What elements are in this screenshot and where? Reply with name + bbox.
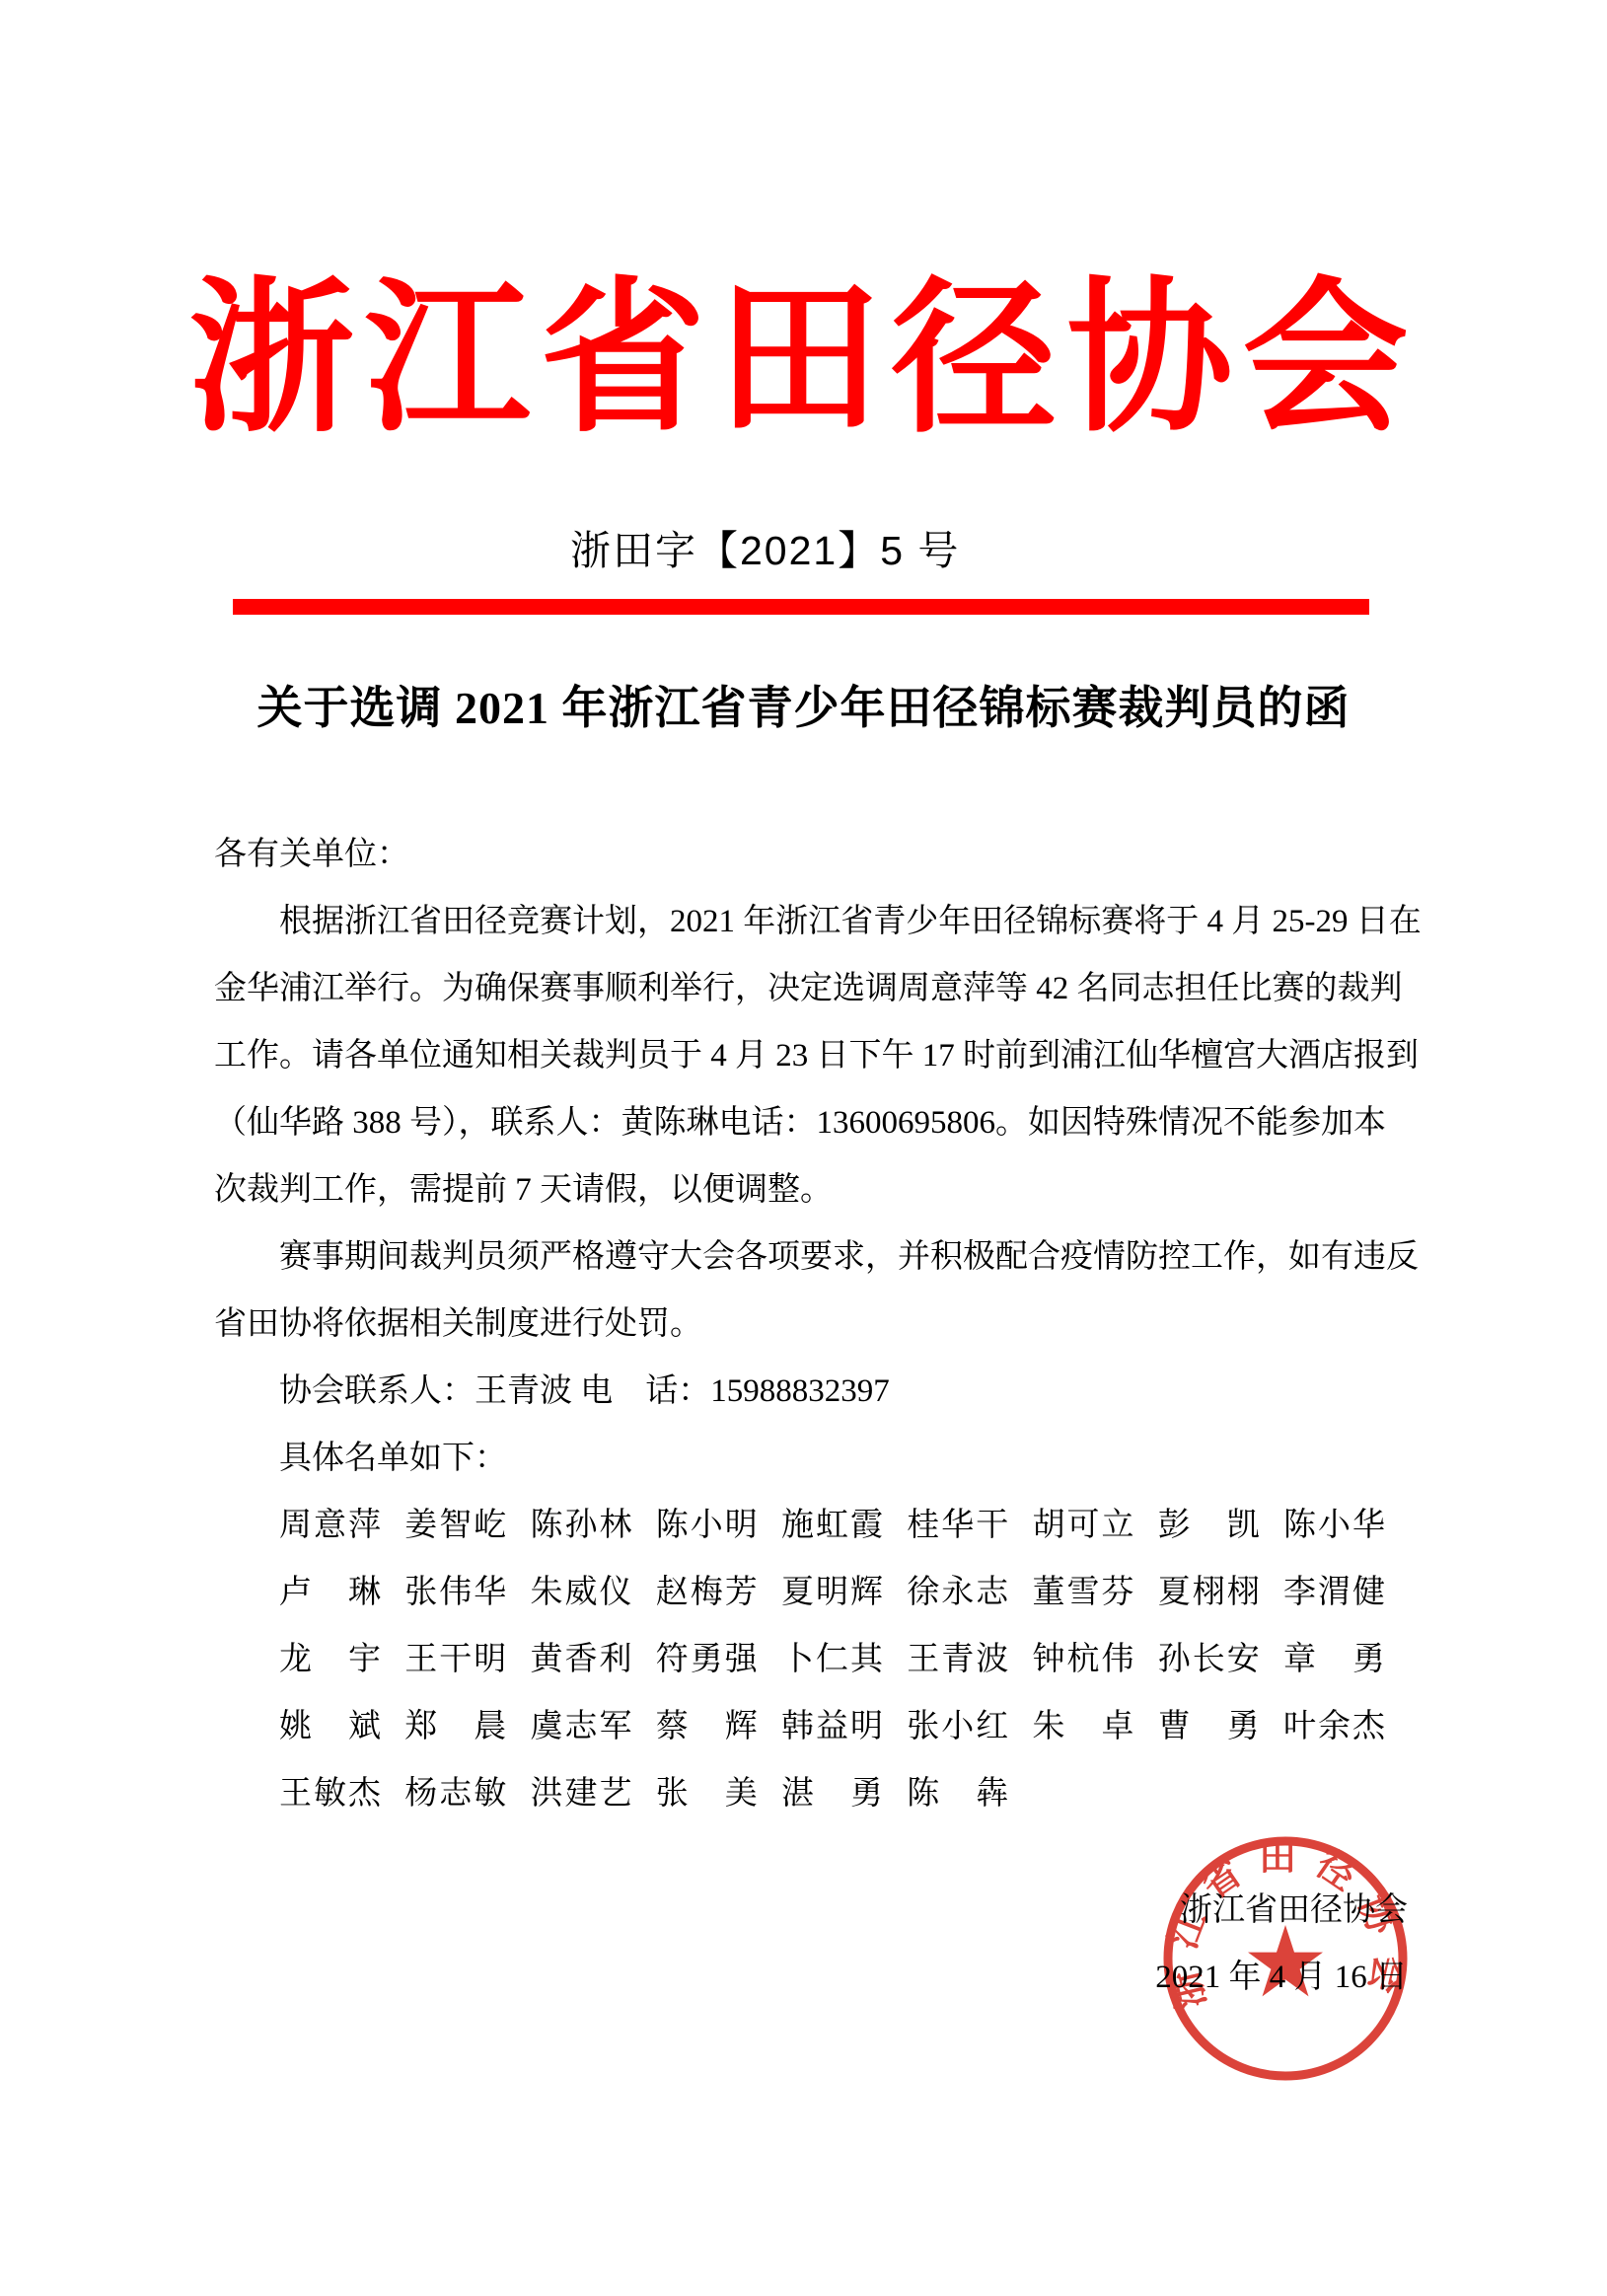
contact-line: 协会联系人：王青波 电 话：15988832397	[214, 1358, 1413, 1425]
salutation-line: 各有关单位：	[214, 821, 1413, 888]
body-line: 金华浦江举行。为确保赛事顺利举行，决定选调周意萍等 42 名同志担任比赛的裁判	[214, 955, 1413, 1022]
body-line: （仙华路 388 号），联系人：黄陈琳电话：13600695806。如因特殊情况…	[214, 1089, 1413, 1156]
red-divider-line	[233, 599, 1369, 615]
signature-block: 浙江省田径协会 2021 年 4 月 16 日	[1155, 1877, 1408, 2011]
name-list-row: 卢 琳 张伟华 朱威仪 赵梅芳 夏明辉 徐永志 董雪芬 夏栩栩 李渭健	[214, 1559, 1413, 1626]
roster-intro-line: 具体名单如下：	[214, 1425, 1413, 1492]
body-line: 根据浙江省田径竞赛计划，2021 年浙江省青少年田径锦标赛将于 4 月 25-2…	[214, 888, 1413, 955]
body-text: 各有关单位： 根据浙江省田径竞赛计划，2021 年浙江省青少年田径锦标赛将于 4…	[214, 821, 1413, 1827]
name-list-row: 周意萍 姜智屹 陈孙林 陈小明 施虹霞 桂华干 胡可立 彭 凯 陈小华	[214, 1492, 1413, 1559]
signature-org: 浙江省田径协会	[1155, 1877, 1408, 1944]
body-line: 赛事期间裁判员须严格遵守大会各项要求，并积极配合疫情防控工作，如有违反	[214, 1223, 1413, 1291]
body-line: 省田协将依据相关制度进行处罚。	[214, 1291, 1413, 1358]
body-line: 工作。请各单位通知相关裁判员于 4 月 23 日下午 17 时前到浦江仙华檀宫大…	[214, 1022, 1413, 1089]
name-list-row: 姚 斌 郑 晨 虞志军 蔡 辉 韩益明 张小红 朱 卓 曹 勇 叶余杰	[214, 1693, 1413, 1760]
name-list-row: 王敏杰 杨志敏 洪建艺 张 美 湛 勇 陈 犇	[214, 1760, 1413, 1827]
document-title: 关于选调 2021 年浙江省青少年田径锦标赛裁判员的函	[0, 679, 1607, 738]
body-line: 次裁判工作，需提前 7 天请假，以便调整。	[214, 1156, 1413, 1223]
document-page: 浙江省田径协会 浙田字【2021】5 号 关于选调 2021 年浙江省青少年田径…	[0, 0, 1607, 2296]
signature-date: 2021 年 4 月 16 日	[1155, 1944, 1408, 2011]
name-list-row: 龙 宇 王干明 黄香利 符勇强 卜仁其 王青波 钟杭伟 孙长安 章 勇	[214, 1626, 1413, 1693]
document-number: 浙田字【2021】5 号	[570, 521, 960, 580]
letterhead-title: 浙江省田径协会	[0, 274, 1607, 442]
